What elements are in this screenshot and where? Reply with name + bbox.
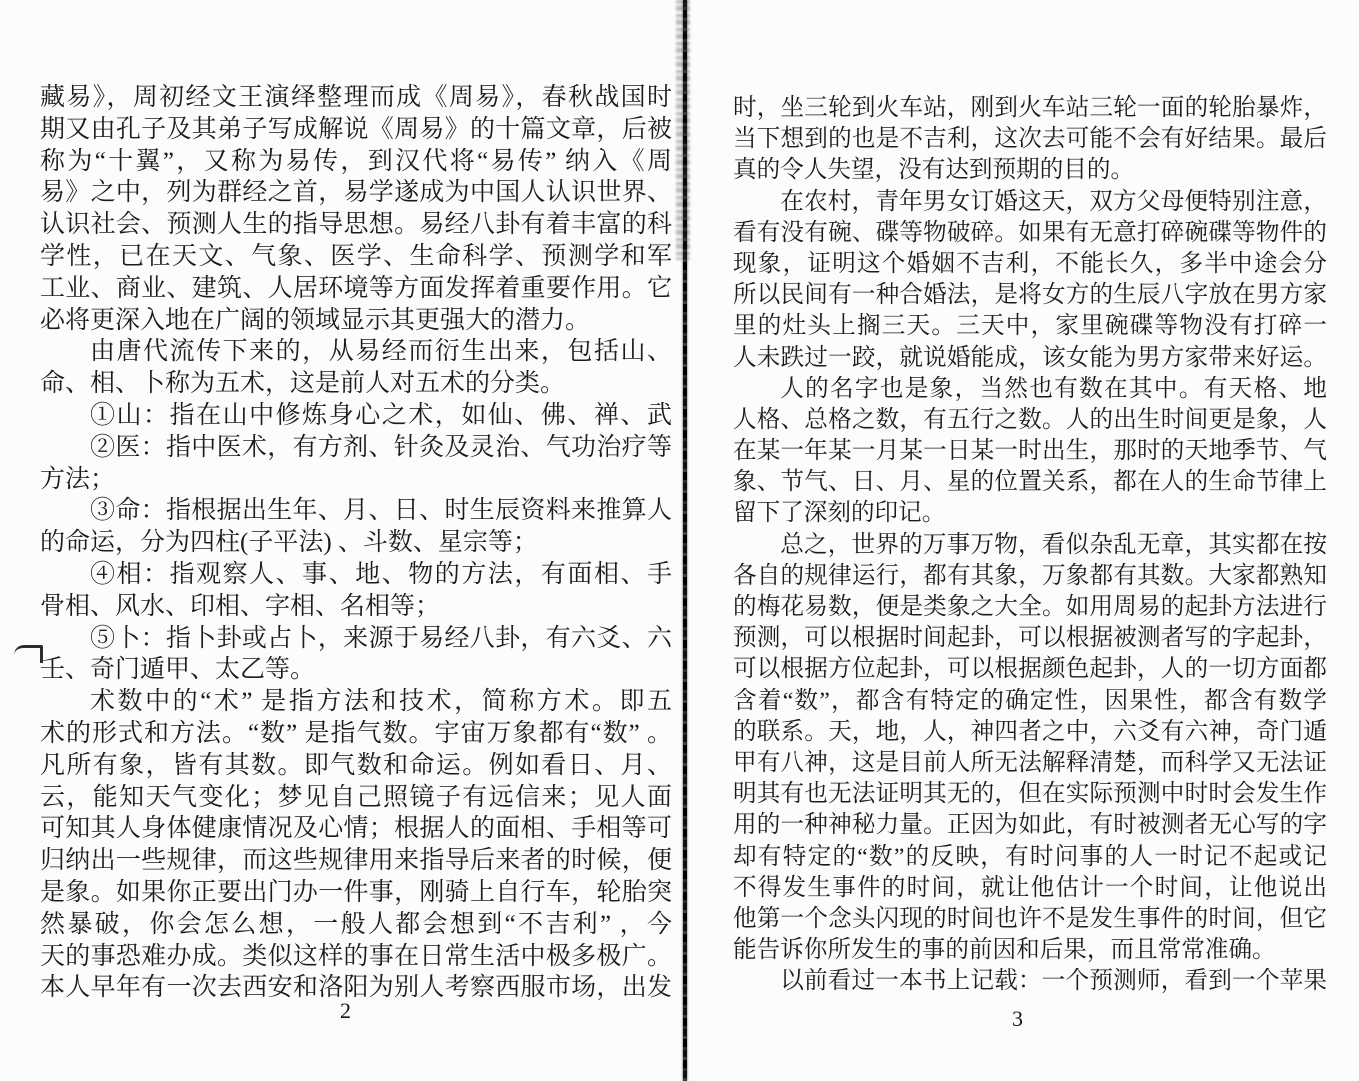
text-line: 方法；: [40, 464, 672, 496]
text-line: 明其有也无法证明其无的，但在实际预测中时时会发生作: [733, 779, 1327, 810]
text-line: 他第一个念头闪现的时间也许不是发生事件的时间，但它: [733, 904, 1327, 935]
text-line: 甲有八神，这是目前人所无法解释清楚，而科学又无法证: [733, 748, 1327, 779]
page-number-right: 3: [1012, 1006, 1023, 1032]
text-line: 能告诉你所发生的事的前因和后果，而且常常准确。: [733, 935, 1327, 966]
text-line: 骨相、风水、印相、字相、名相等；: [40, 591, 672, 623]
text-line: 在某一年某一月某一日某一时出生，那时的天地季节、气: [733, 436, 1327, 467]
gutter-scan-smudge: [676, 0, 690, 260]
text-line: 术数中的“术” 是指方法和技术，简称方术。即五: [40, 686, 672, 718]
text-line: 各自的规律运行，都有其象，万象都有其数。大家都熟知: [733, 561, 1327, 592]
text-line: 可以根据方位起卦，可以根据颜色起卦，人的一切方面都: [733, 654, 1327, 685]
text-line: 当下想到的也是不吉利，这次去可能不会有好结果。最后: [733, 124, 1327, 155]
text-line: 工业、商业、建筑、人居环境等方面发挥着重要作用。它: [40, 273, 672, 305]
text-line: 认识社会、预测人生的指导思想。易经八卦有着丰富的科: [40, 209, 672, 241]
text-line: 用的一种神秘力量。正因为如此，有时被测者无心写的字: [733, 810, 1327, 841]
text-line: 是象。如果你正要出门办一件事，刚骑上自行车，轮胎突: [40, 877, 672, 909]
text-line: 所以民间有一种合婚法，是将女方的生辰八字放在男方家: [733, 280, 1327, 311]
text-line: 的梅花易数，便是类象之大全。如用周易的起卦方法进行: [733, 592, 1327, 623]
text-line: 归纳出一些规律，而这些规律用来指导后来者的时候，便: [40, 845, 672, 877]
text-line: ①山：指在山中修炼身心之术，如仙、佛、禅、武等；: [40, 400, 672, 432]
text-line: 易》之中，列为群经之首，易学遂成为中国人认识世界、: [40, 177, 672, 209]
text-line: 在农村，青年男女订婚这天，双方父母便特别注意，: [733, 187, 1327, 218]
text-line: 人格、总格之数，有五行之数。人的出生时间更是象，人: [733, 405, 1327, 436]
text-line: 称为“十翼”，又称为易传，到汉代将“易传” 纳入《周: [40, 146, 672, 178]
text-line: 本人早年有一次去西安和洛阳为别人考察西服市场，出发: [40, 972, 672, 1004]
text-line: 预测，可以根据时间起卦，可以根据被测者写的字起卦，: [733, 623, 1327, 654]
text-line: 以前看过一本书上记载：一个预测师，看到一个苹果: [733, 966, 1327, 997]
text-line: 留下了深刻的印记。: [733, 498, 1327, 529]
text-line: 天的事恐难办成。类似这样的事在日常生活中极多极广。: [40, 941, 672, 973]
text-line: 总之，世界的万事万物，看似杂乱无章，其实都在按: [733, 530, 1327, 561]
text-line: 时，坐三轮到火车站，刚到火车站三轮一面的轮胎暴炸，: [733, 93, 1327, 124]
text-line: 凡所有象，皆有其数。即气数和命运。例如看日、月、风、: [40, 750, 672, 782]
text-line: 术的形式和方法。“数” 是指气数。宇宙万象都有“数” 。: [40, 718, 672, 750]
text-line: ②医：指中医术，有方剂、针灸及灵治、气功治疗等: [40, 432, 672, 464]
page-number-left: 2: [340, 998, 351, 1024]
text-line: 可知其人身体健康情况及心情；根据人的面相、手相等可: [40, 813, 672, 845]
stray-scan-mark: [14, 645, 43, 663]
text-line: 命、相、卜称为五术，这是前人对五术的分类。: [40, 368, 672, 400]
text-line: 学性，已在天文、气象、医学、生命科学、预测学和军事、: [40, 241, 672, 273]
book-spread: 藏易》，周初经文王演绎整理而成《周易》，春秋战国时期又由孔子及其弟子写成解说《周…: [0, 0, 1359, 1081]
text-line: 象、节气、日、月、星的位置关系，都在人的生命节律上: [733, 467, 1327, 498]
page-right-text-block: 时，坐三轮到火车站，刚到火车站三轮一面的轮胎暴炸，当下想到的也是不吉利，这次去可…: [733, 93, 1327, 997]
text-line: 藏易》，周初经文王演绎整理而成《周易》，春秋战国时: [40, 82, 672, 114]
text-line: 真的令人失望，没有达到预期的目的。: [733, 155, 1327, 186]
text-line: 壬、奇门遁甲、太乙等。: [40, 654, 672, 686]
text-line: 看有没有碗、碟等物破碎。如果有无意打碎碗碟等物件的: [733, 218, 1327, 249]
text-line: ⑤卜：指卜卦或占卜，来源于易经八卦，有六爻、六: [40, 623, 672, 655]
text-line: 人的名字也是象，当然也有数在其中。有天格、地格、: [733, 374, 1327, 405]
text-line: 的命运，分为四柱(子平法) 、斗数、星宗等；: [40, 527, 672, 559]
text-line: 人未跌过一跤，就说婚能成，该女能为男方家带来好运。: [733, 343, 1327, 374]
text-line: 然暴破，你会怎么想，一般人都会想到“不吉利” ，今: [40, 909, 672, 941]
text-line: 不得发生事件的时间，就让他估计一个时间，让他说出来，: [733, 873, 1327, 904]
text-line: 期又由孔子及其弟子写成解说《周易》的十篇文章，后被: [40, 114, 672, 146]
text-line: ④相：指观察人、事、地、物的方法，有面相、手相、: [40, 559, 672, 591]
text-line: 里的灶头上搁三天。三天中，家里碗碟等物没有打碎一只，: [733, 311, 1327, 342]
text-line: ③命：指根据出生年、月、日、时生辰资料来推算人: [40, 495, 672, 527]
page-left-text-block: 藏易》，周初经文王演绎整理而成《周易》，春秋战国时期又由孔子及其弟子写成解说《周…: [40, 82, 672, 1004]
text-line: 现象，证明这个婚姻不吉利，不能长久，多半中途会分手。: [733, 249, 1327, 280]
text-line: 的联系。天，地，人，神四者之中，六爻有六神，奇门遁: [733, 717, 1327, 748]
text-line: 含着“数”，都含有特定的确定性，因果性，都含有数学: [733, 686, 1327, 717]
text-line: 必将更深入地在广阔的领域显示其更强大的潜力。: [40, 305, 672, 337]
text-line: 云，能知天气变化；梦见自己照镜子有远信来；见人面色，: [40, 782, 672, 814]
text-line: 却有特定的“数”的反映，有时问事的人一时记不起或记: [733, 842, 1327, 873]
text-line: 由唐代流传下来的，从易经而衍生出来，包括山、医、: [40, 336, 672, 368]
